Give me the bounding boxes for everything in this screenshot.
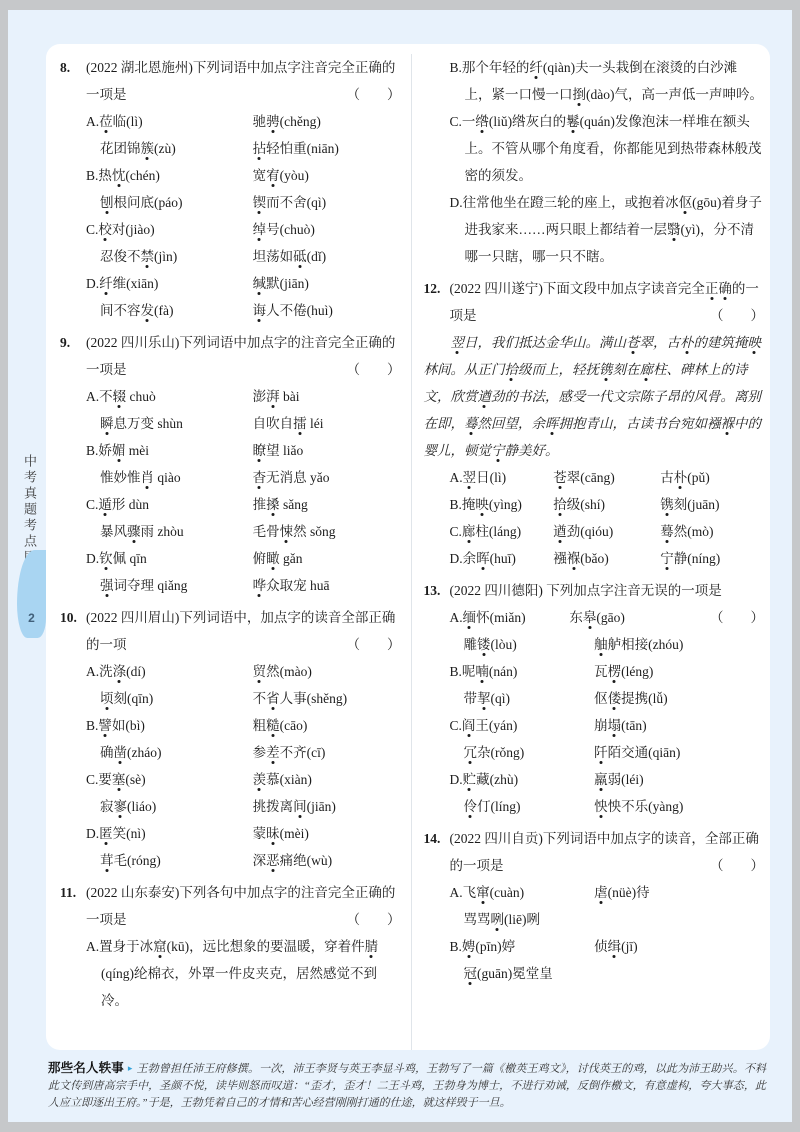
option-line: A.不辍 chuò澎湃 bài <box>60 383 401 410</box>
option-cell: 花团锦簇(zù) <box>86 135 253 162</box>
emphasized-character: 苍 <box>553 470 567 485</box>
emphasized-character: 褓 <box>721 416 735 431</box>
emphasized-character: 缄 <box>253 276 267 291</box>
emphasized-character: 朴 <box>680 335 694 350</box>
emphasized-character: 遒 <box>553 524 567 539</box>
option-cell: D.纤维(xiān) <box>86 270 253 297</box>
option-line: 刨根问底(páo)锲而不舍(qì) <box>60 189 401 216</box>
option-cell: 坦荡如砥(dǐ) <box>253 243 401 270</box>
workbook-page: 中考真题考点刷 2 8.(2022 湖北恩施州)下列词语中加点字注音完全正确的一… <box>8 10 792 1122</box>
question-number: 11. <box>60 879 76 906</box>
question-block: 12.(2022 四川遂宁)下面文段中加点字读音完全正确的一项是（ ） 翌日，我… <box>424 275 765 572</box>
emphasized-character: 纤 <box>529 60 543 75</box>
question-block: 11.(2022 山东泰安)下列各句中加点字的注音完全正确的一项是（ ）A.置身… <box>60 879 401 1014</box>
emphasized-character: 鬈 <box>566 114 580 129</box>
option-line: 茸毛(róng)深恶痛绝(wù) <box>60 847 401 874</box>
emphasized-character: 翌 <box>463 470 477 485</box>
emphasized-character: 寥 <box>114 799 128 814</box>
emphasized-character: 映 <box>748 335 762 350</box>
emphasized-character: 晖 <box>545 416 559 431</box>
option-cell: 襁褓(bǎo) <box>553 545 660 572</box>
option-line: C.廊柱(láng)遒劲(qióu)蓦然(mò) <box>424 518 765 545</box>
emphasized-character: 羡 <box>253 772 267 787</box>
question-number: 12. <box>424 275 441 302</box>
option-line: 瞬息万变 shùn自吹自擂 léi <box>60 410 401 437</box>
option-cell: A.不辍 chuò <box>86 383 253 410</box>
question-block: 14.(2022 四川自贡)下列词语中加点字的读音，全部正确的一项是（ ）A.飞… <box>424 825 765 987</box>
answer-bracket: （ ） <box>347 631 401 658</box>
option-line: 忍俊不禁(jìn)坦荡如砥(dǐ) <box>60 243 401 270</box>
emphasized-character: 腈 <box>365 939 379 954</box>
option-line: 暴风骤雨 zhòu毛骨悚然 sǒng <box>60 518 401 545</box>
option-cell: 拾级(shí) <box>553 491 660 518</box>
option-cell: 澎湃 bài <box>253 383 401 410</box>
option-line: C.要塞(sè)羡慕(xiàn) <box>60 766 401 793</box>
emphasized-character: 辍 <box>113 389 127 404</box>
option-line: B.娇媚 mèi瞭望 liǎo <box>60 437 401 464</box>
question-stem: 11.(2022 山东泰安)下列各句中加点字的注音完全正确的一项是（ ） <box>60 879 401 933</box>
option-cell: 顷刻(qīn) <box>86 685 253 712</box>
option-line: D.匿笑(nì)蒙昧(mèi) <box>60 820 401 847</box>
two-column-layout: 8.(2022 湖北恩施州)下列词语中加点字注音完全正确的一项是（ ）A.莅临(… <box>46 44 770 1050</box>
option-line: 惟妙惟肖 qiào杳无消息 yǎo <box>60 464 401 491</box>
option-line: B.譬如(bì)粗糙(cāo) <box>60 712 401 739</box>
option-cell: C.阎王(yán) <box>450 712 595 739</box>
option-line: B.掩映(yìng)拾级(shí)镌刻(juān) <box>424 491 765 518</box>
emphasized-character: 恶 <box>266 853 280 868</box>
option-cell: C.遁形 dùn <box>86 491 253 518</box>
question-stem: 10.(2022 四川眉山)下列词语中，加点字的读音全部正确的一项（ ） <box>60 604 401 658</box>
arrow-right-icon: ▸ <box>128 1063 133 1073</box>
emphasized-character: 瞭 <box>253 443 267 458</box>
option-cell: D.余晖(huī) <box>450 545 554 572</box>
emphasized-character: 贸 <box>253 664 267 679</box>
option-cell: 惟妙惟肖 qiào <box>86 464 253 491</box>
option-cell: 羡慕(xiàn) <box>253 766 401 793</box>
emphasized-character: 校 <box>98 222 112 237</box>
emphasized-character: 映 <box>475 497 489 512</box>
question-stem: 13.(2022 四川德阳) 下列加点字注音无误的一项是（ ） <box>424 577 765 604</box>
question-block: B.那个年轻的纤(qiàn)夫一头栽倒在滚烫的白沙滩上，紧一口慢一口捯(dào)… <box>424 54 765 270</box>
question-passage: 翌日，我们抵达金华山。满山苍翠，古朴的建筑掩映林间。从正门拾级而上，轻抚镌刻在廊… <box>424 329 765 464</box>
question-number: 13. <box>424 577 441 604</box>
option-cell: 宁静(níng) <box>660 545 764 572</box>
option-cell: 锲而不舍(qì) <box>253 189 401 216</box>
emphasized-character: 强 <box>100 578 114 593</box>
option-line: B.娉(pīn)婷侦缉(jī) <box>424 933 765 960</box>
emphasized-character: 贮 <box>463 772 477 787</box>
option-cell: A.洗涤(dí) <box>86 658 253 685</box>
option-cell: 瓦楞(léng) <box>594 658 764 685</box>
emphasized-character: 苍 <box>626 335 640 350</box>
emphasized-character: 羸 <box>594 772 608 787</box>
answer-bracket: （ ） <box>710 604 764 631</box>
option-cell: 粗糙(cāo) <box>253 712 401 739</box>
emphasized-character: 镂 <box>477 637 491 652</box>
emphasized-character: 阎 <box>462 718 476 733</box>
option-cell: 蒙昧(mèi) <box>253 820 401 847</box>
question-block: 8.(2022 湖北恩施州)下列词语中加点字注音完全正确的一项是（ ）A.莅临(… <box>60 54 401 324</box>
emphasized-character: 蓦 <box>464 416 478 431</box>
emphasized-character: 禁 <box>141 249 155 264</box>
option-cell: D.往常他坐在蹬三轮的座上，或抱着冰伛(gōu)着身子进我家来……两只眼上都结着… <box>450 195 762 264</box>
emphasized-character: 捯 <box>573 87 587 102</box>
emphasized-character: 冠 <box>464 966 478 981</box>
option-line: D.纤维(xiān)缄默(jiān) <box>60 270 401 297</box>
emphasized-character: 凿 <box>114 745 128 760</box>
option-cell: 驰骋(chěng) <box>253 108 401 135</box>
option-cell: 古朴(pǔ) <box>660 464 764 491</box>
emphasized-character: 拾 <box>505 362 519 377</box>
column-left: 8.(2022 湖北恩施州)下列词语中加点字注音完全正确的一项是（ ）A.莅临(… <box>60 54 412 1050</box>
emphasized-character: 廊 <box>462 524 476 539</box>
question-stem: 12.(2022 四川遂宁)下面文段中加点字读音完全正确的一项是（ ） <box>424 275 765 329</box>
option-line: 雕镂(lòu)舳舻相接(zhóu) <box>424 631 765 658</box>
question-number: 9. <box>60 329 70 356</box>
emphasized-character: 伛 <box>679 195 693 210</box>
emphasized-character: 拈 <box>253 141 267 156</box>
emphasized-character: 塌 <box>608 718 622 733</box>
option-cell: 东皋(gāo) <box>569 604 710 631</box>
option-cell: A.莅临(lì) <box>86 108 253 135</box>
option-cell: 暴风骤雨 zhòu <box>86 518 253 545</box>
emphasized-character: 刨 <box>100 195 114 210</box>
emphasized-character: 纤 <box>99 276 113 291</box>
emphasized-character: 虐 <box>594 885 608 900</box>
emphasized-character: 缅 <box>463 610 477 625</box>
emphasized-character: 昧 <box>266 826 280 841</box>
option-cell: 瞬息万变 shùn <box>86 410 253 437</box>
option-cell: 阡陌交通(qiān) <box>594 739 764 766</box>
option-sentence: B.那个年轻的纤(qiàn)夫一头栽倒在滚烫的白沙滩上，紧一口慢一口捯(dào)… <box>424 54 765 108</box>
option-cell: B.热忱(chén) <box>86 162 253 189</box>
option-cell: 伛偻提携(lǚ) <box>594 685 764 712</box>
emphasized-character: 咧 <box>491 912 505 927</box>
option-cell: 冠(guān)冕堂皇 <box>450 960 765 987</box>
option-cell: 雕镂(lòu) <box>450 631 595 658</box>
option-cell: 苍翠(cāng) <box>553 464 660 491</box>
emphasized-character: 茸 <box>100 853 114 868</box>
emphasized-character: 娉 <box>462 939 476 954</box>
emphasized-character: 擂 <box>293 416 307 431</box>
page-number: 2 <box>17 611 46 625</box>
emphasized-character: 瞰 <box>266 551 280 566</box>
option-line: D.贮藏(zhù)羸弱(léi) <box>424 766 765 793</box>
emphasized-character: 宁 <box>491 443 505 458</box>
option-line: 花团锦簇(zù)拈轻怕重(niān) <box>60 135 401 162</box>
option-cell: D.匿笑(nì) <box>86 820 253 847</box>
emphasized-character: 砥 <box>293 249 307 264</box>
emphasized-character: 簇 <box>141 141 155 156</box>
question-stem-text: (2022 四川德阳) 下列加点字注音无误的一项是 <box>450 583 722 598</box>
option-cell: C.廊柱(láng) <box>450 518 554 545</box>
question-number: 8. <box>60 54 70 81</box>
question-block: 9.(2022 四川乐山)下列词语中加点字的注音完全正确的一项是（ ）A.不辍 … <box>60 329 401 599</box>
emphasized-character: 诲 <box>253 303 267 318</box>
option-cell: 参差不齐(cī) <box>253 739 401 766</box>
emphasized-character: 顷 <box>100 691 114 706</box>
option-line: 骂骂咧(liē)咧 <box>424 906 765 933</box>
option-cell: 缄默(jiān) <box>253 270 401 297</box>
emphasized-character: 挈 <box>477 691 491 706</box>
emphasized-character: 媚 <box>112 443 126 458</box>
option-cell: 崩塌(tān) <box>594 712 764 739</box>
option-cell: A.翌日(lì) <box>450 464 554 491</box>
option-cell: A.置身于冰窟(kū)，远比想象的要温暖，穿着件腈(qíng)纶棉衣，外罩一件皮… <box>86 939 378 1008</box>
emphasized-character: 湃 <box>266 389 280 404</box>
emphasized-character: 蓦 <box>660 524 674 539</box>
option-cell: 寂寥(liáo) <box>86 793 253 820</box>
option-cell: 冗杂(rǒng) <box>450 739 595 766</box>
answer-bracket: （ ） <box>710 302 764 329</box>
question-block: 10.(2022 四川眉山)下列词语中，加点字的读音全部正确的一项（ ）A.洗涤… <box>60 604 401 874</box>
option-line: 确凿(zháo)参差不齐(cī) <box>60 739 401 766</box>
option-line: 带挈(qì)伛偻提携(lǚ) <box>424 685 765 712</box>
question-stem: 9.(2022 四川乐山)下列词语中加点字的注音完全正确的一项是（ ） <box>60 329 401 383</box>
question-number: 14. <box>424 825 441 852</box>
emphasized-character: 朴 <box>674 470 688 485</box>
emphasized-character: 宥 <box>266 168 280 183</box>
emphasized-character: 莅 <box>99 114 113 129</box>
option-cell: A.飞窜(cuàn) <box>450 879 595 906</box>
answer-bracket: （ ） <box>347 906 401 933</box>
option-sentence: D.往常他坐在蹬三轮的座上，或抱着冰伛(gōu)着身子进我家来……两只眼上都结着… <box>424 189 765 270</box>
option-cell: 瞭望 liǎo <box>253 437 401 464</box>
emphasized-character: 遁 <box>98 497 112 512</box>
emphasized-character: 匿 <box>99 826 113 841</box>
emphasized-character: 拾 <box>553 497 567 512</box>
option-cell: 自吹自擂 léi <box>253 410 401 437</box>
emphasized-character: 怏 <box>594 799 608 814</box>
option-cell: D.贮藏(zhù) <box>450 766 595 793</box>
option-cell: B.呢喃(nán) <box>450 658 595 685</box>
anecdote-label: 那些名人轶事 <box>48 1061 124 1075</box>
option-cell: D.钦佩 qīn <box>86 545 253 572</box>
emphasized-character: 喃 <box>475 664 489 679</box>
option-cell: 茸毛(róng) <box>86 847 253 874</box>
option-line: C.遁形 dùn推搡 sǎng <box>60 491 401 518</box>
option-sentence: C.一绺(liǔ)绺灰白的鬈(quán)发像泡沫一样堆在额头上。不管从哪个角度看… <box>424 108 765 189</box>
option-line: A.洗涤(dí)贸然(mào) <box>60 658 401 685</box>
option-cell: 挑拨离间(jiān) <box>253 793 401 820</box>
emphasized-character: 镌 <box>660 497 674 512</box>
option-cell: B.那个年轻的纤(qiàn)夫一头栽倒在滚烫的白沙滩上，紧一口慢一口捯(dào)… <box>450 60 763 102</box>
emphasized-character: 伶 <box>464 799 478 814</box>
column-right: B.那个年轻的纤(qiàn)夫一头栽倒在滚烫的白沙滩上，紧一口慢一口捯(dào)… <box>412 54 765 1050</box>
option-cell: 骂骂咧(liē)咧 <box>450 906 765 933</box>
option-line: 伶仃(líng)怏怏不乐(yàng) <box>424 793 765 820</box>
emphasized-character: 省 <box>266 691 280 706</box>
option-cell: B.譬如(bì) <box>86 712 253 739</box>
answer-bracket: （ ） <box>347 356 401 383</box>
option-cell: A.缅怀(miǎn) <box>450 604 570 631</box>
option-cell: B.掩映(yìng) <box>450 491 554 518</box>
option-cell: 怏怏不乐(yàng) <box>594 793 764 820</box>
emphasized-character: 杳 <box>253 470 267 485</box>
option-cell: 虐(nüè)待 <box>594 879 764 906</box>
option-cell: 蓦然(mò) <box>660 518 764 545</box>
emphasized-character: 发 <box>141 303 155 318</box>
option-cell: 刨根问底(páo) <box>86 189 253 216</box>
option-sentence: A.置身于冰窟(kū)，远比想象的要温暖，穿着件腈(qíng)纶棉衣，外罩一件皮… <box>60 933 401 1014</box>
option-line: 顷刻(qīn)不省人事(shěng) <box>60 685 401 712</box>
emphasized-character: 晖 <box>476 551 490 566</box>
option-line: B.热忱(chén)宽宥(yòu) <box>60 162 401 189</box>
emphasized-character: 偻 <box>608 691 622 706</box>
emphasized-character: 阡 <box>594 745 608 760</box>
emphasized-character: 舳 <box>594 637 608 652</box>
option-line: D.钦佩 qīn俯瞰 gǎn <box>60 545 401 572</box>
answer-bracket: （ ） <box>347 81 401 108</box>
option-cell: C.校对(jiào) <box>86 216 253 243</box>
emphasized-character: 哗 <box>253 578 267 593</box>
emphasized-character: 悚 <box>280 524 294 539</box>
emphasized-character: 翳 <box>667 222 681 237</box>
emphasized-character: 楞 <box>608 664 622 679</box>
answer-bracket: （ ） <box>710 852 764 879</box>
content-card: 8.(2022 湖北恩施州)下列词语中加点字注音完全正确的一项是（ ）A.莅临(… <box>46 44 770 1050</box>
emphasized-character: 瞬 <box>100 416 114 431</box>
option-cell: C.要塞(sè) <box>86 766 253 793</box>
emphasized-character: 骋 <box>266 114 280 129</box>
anecdote-text: 王勃曾担任沛王府修撰。一次，沛王李贤与英王李显斗鸡，王勃写了一篇《檄英王鸡文》，… <box>48 1063 766 1109</box>
emphasized-character: 骤 <box>127 524 141 539</box>
option-cell: C.一绺(liǔ)绺灰白的鬈(quán)发像泡沫一样堆在额头上。不管从哪个角度看… <box>450 114 762 183</box>
option-cell: 哗众取宠 huā <box>253 572 401 599</box>
option-cell: 羸弱(léi) <box>594 766 764 793</box>
emphasized-character: 翌 <box>451 335 465 350</box>
option-line: A.飞窜(cuàn)虐(nüè)待 <box>424 879 765 906</box>
emphasized-character: 遒 <box>478 389 492 404</box>
option-line: A.莅临(lì)驰骋(chěng) <box>60 108 401 135</box>
option-cell: 宽宥(yòu) <box>253 162 401 189</box>
question-stem: 14.(2022 四川自贡)下列词语中加点字的读音，全部正确的一项是（ ） <box>424 825 765 879</box>
option-cell: B.娇媚 mèi <box>86 437 253 464</box>
emphasized-character: 涤 <box>113 664 127 679</box>
option-line: B.呢喃(nán)瓦楞(léng) <box>424 658 765 685</box>
emphasized-character: 冗 <box>464 745 478 760</box>
option-cell: 不省人事(shěng) <box>253 685 401 712</box>
option-line: A.翌日(lì)苍翠(cāng)古朴(pǔ) <box>424 464 765 491</box>
emphasized-character: 忱 <box>112 168 126 183</box>
option-cell: 毛骨悚然 sǒng <box>253 518 401 545</box>
emphasized-character: 糙 <box>266 718 280 733</box>
option-cell: 遒劲(qióu) <box>553 518 660 545</box>
emphasized-character: 镌 <box>599 362 613 377</box>
option-line: C.校对(jiào)绰号(chuò) <box>60 216 401 243</box>
option-line: A.缅怀(miǎn)东皋(gāo) <box>424 604 711 631</box>
emphasized-character: 差 <box>266 745 280 760</box>
option-cell: B.娉(pīn)婷 <box>450 933 595 960</box>
option-cell: 绰号(chuò) <box>253 216 401 243</box>
option-line: 冗杂(rǒng)阡陌交通(qiān) <box>424 739 765 766</box>
option-line: 寂寥(liáo)挑拨离间(jiān) <box>60 793 401 820</box>
option-cell: 舳舻相接(zhóu) <box>594 631 764 658</box>
option-cell: 强词夺理 qiǎng <box>86 572 253 599</box>
emphasized-character: 正 <box>705 281 719 296</box>
option-cell: 镌刻(juān) <box>660 491 764 518</box>
emphasized-character: 搡 <box>266 497 280 512</box>
emphasized-character: 窟 <box>153 939 167 954</box>
option-cell: 确凿(zháo) <box>86 739 253 766</box>
emphasized-character: 锲 <box>253 195 267 210</box>
option-line: D.余晖(huī)襁褓(bǎo)宁静(níng) <box>424 545 765 572</box>
emphasized-character: 塞 <box>112 772 126 787</box>
question-number: 10. <box>60 604 77 631</box>
anecdote-footer: 那些名人轶事▸王勃曾担任沛王府修撰。一次，沛王李贤与英王李显斗鸡，王勃写了一篇《… <box>48 1060 766 1112</box>
option-cell: 拈轻怕重(niān) <box>253 135 401 162</box>
emphasized-character: 绺 <box>475 114 489 129</box>
option-cell: 伶仃(líng) <box>450 793 595 820</box>
emphasized-character: 缉 <box>608 939 622 954</box>
option-cell: 杳无消息 yǎo <box>253 464 401 491</box>
emphasized-character: 绰 <box>253 222 267 237</box>
emphasized-character: 肖 <box>141 470 155 485</box>
option-cell: 间不容发(fà) <box>86 297 253 324</box>
emphasized-character: 褓 <box>567 551 581 566</box>
option-line: 冠(guān)冕堂皇 <box>424 960 765 987</box>
option-cell: 深恶痛绝(wù) <box>253 847 401 874</box>
option-cell: 忍俊不禁(jìn) <box>86 243 253 270</box>
option-cell: 诲人不倦(huì) <box>253 297 401 324</box>
emphasized-character: 窜 <box>476 885 490 900</box>
emphasized-character: 皋 <box>583 610 597 625</box>
option-cell: 带挈(qì) <box>450 685 595 712</box>
option-cell: 侦缉(jī) <box>594 933 764 960</box>
option-line: 间不容发(fà)诲人不倦(huì) <box>60 297 401 324</box>
emphasized-character: 譬 <box>98 718 112 733</box>
option-line: C.阎王(yán)崩塌(tān) <box>424 712 765 739</box>
option-cell: 俯瞰 gǎn <box>253 545 401 572</box>
question-stem: 8.(2022 湖北恩施州)下列词语中加点字注音完全正确的一项是（ ） <box>60 54 401 108</box>
emphasized-character: 确 <box>718 281 732 296</box>
emphasized-character: 宁 <box>660 551 674 566</box>
option-cell: 贸然(mào) <box>253 658 401 685</box>
option-cell: 推搡 sǎng <box>253 491 401 518</box>
emphasized-character: 钦 <box>99 551 113 566</box>
emphasized-character: 间 <box>293 799 307 814</box>
emphasized-character: 廊 <box>640 362 654 377</box>
question-block: 13.(2022 四川德阳) 下列加点字注音无误的一项是（ ）A.缅怀(miǎn… <box>424 577 765 820</box>
option-line: 强词夺理 qiǎng哗众取宠 huā <box>60 572 401 599</box>
